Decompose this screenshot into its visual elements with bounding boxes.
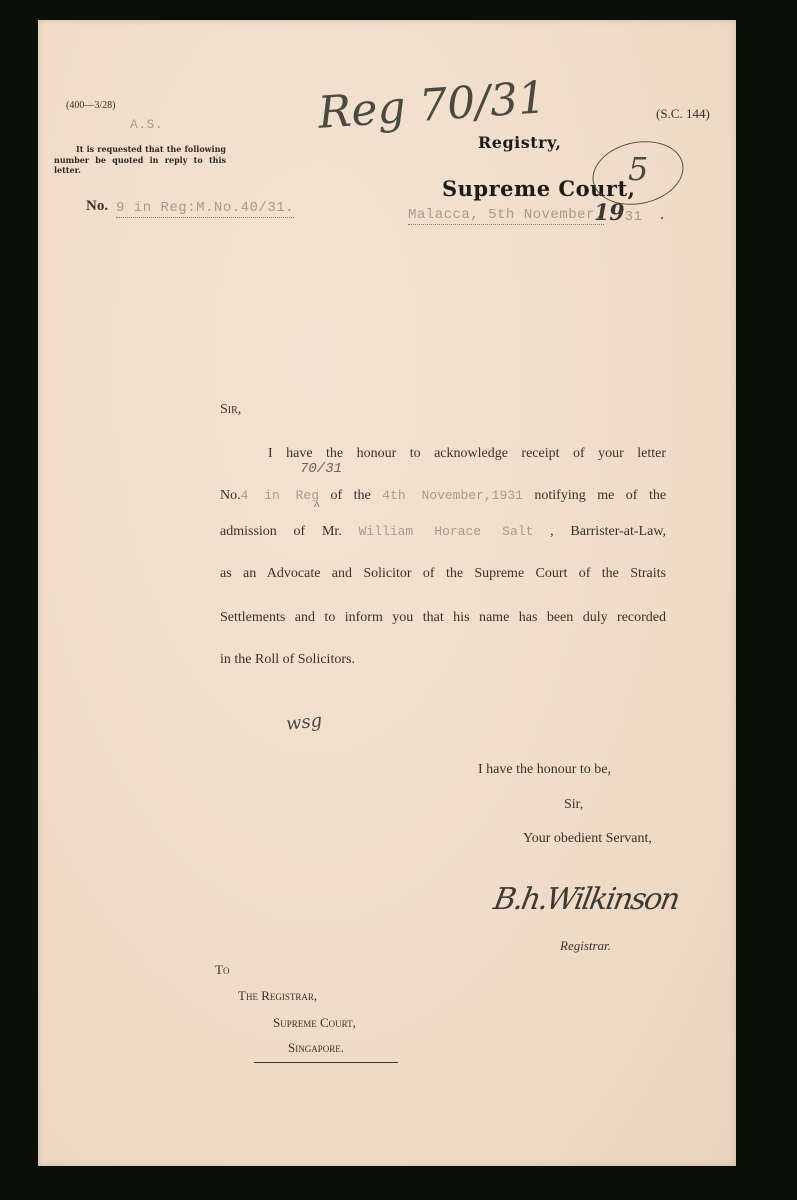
body-line-4: as an Advocate and Solicitor of the Supr… (220, 566, 666, 582)
letter-page: (400—3/28) A.S. It is requested that the… (38, 20, 736, 1166)
address-line-3: Singapore. (288, 1040, 344, 1056)
handwritten-annotation: 70/31 (300, 461, 342, 477)
body-line-1: I have the honour to acknowledge receipt… (220, 446, 666, 462)
quote-notice: It is requested that the following numbe… (54, 144, 226, 176)
year-handwritten: 1931 (594, 200, 642, 226)
address-underline (254, 1062, 398, 1063)
reference-value: 9 in Reg:M.No.40/31. (116, 200, 294, 218)
of-the: of the (331, 488, 371, 503)
body-line-5: Settlements and to inform you that his n… (220, 610, 666, 626)
year-typed-digits: 31 (625, 209, 643, 225)
place-date: Malacca, 5th November, (408, 207, 604, 225)
signature: B.h.Wilkinson (491, 882, 681, 917)
circled-number: 5 (628, 150, 648, 188)
handwritten-reg-number: Reg 70/31 (316, 72, 547, 139)
date-period: . (660, 206, 664, 224)
closing-line-3: Your obedient Servant, (523, 831, 652, 847)
body-line-2: No.4 in Reg of the 4th November,1931 not… (220, 488, 666, 504)
address-line-2: Supreme Court, (273, 1015, 356, 1031)
typed-name: William Horace Salt (359, 524, 534, 539)
body-line-3: admission of Mr. William Horace Salt , B… (220, 524, 666, 540)
salutation: Sir, (220, 402, 241, 418)
typed-initials: A.S. (130, 117, 163, 132)
body-line-6: in the Roll of Solicitors. (220, 652, 666, 668)
reference-label: No. (86, 198, 108, 215)
signatory-title: Registrar. (560, 938, 611, 954)
typed-letter-no: 4 in Reg (241, 488, 319, 503)
form-number: (400—3/28) (66, 100, 115, 111)
admission-prefix: admission of Mr. (220, 524, 342, 539)
no-prefix: No. (220, 488, 241, 503)
registry-heading: Registry, (478, 133, 561, 152)
address-to: To (215, 962, 229, 978)
barrister-suffix: , Barrister-at-Law, (550, 524, 666, 539)
notifying-text: notifying me of the (534, 488, 666, 503)
year-hand-digits: 19 (594, 200, 625, 226)
form-code: (S.C. 144) (656, 106, 710, 122)
closing-line-2: Sir, (564, 797, 583, 813)
closing-line-1: I have the honour to be, (478, 762, 611, 778)
typed-letter-date: 4th November,1931 (382, 488, 523, 503)
address-line-1: The Registrar, (238, 988, 317, 1004)
handwritten-initials: wsg (285, 710, 323, 735)
